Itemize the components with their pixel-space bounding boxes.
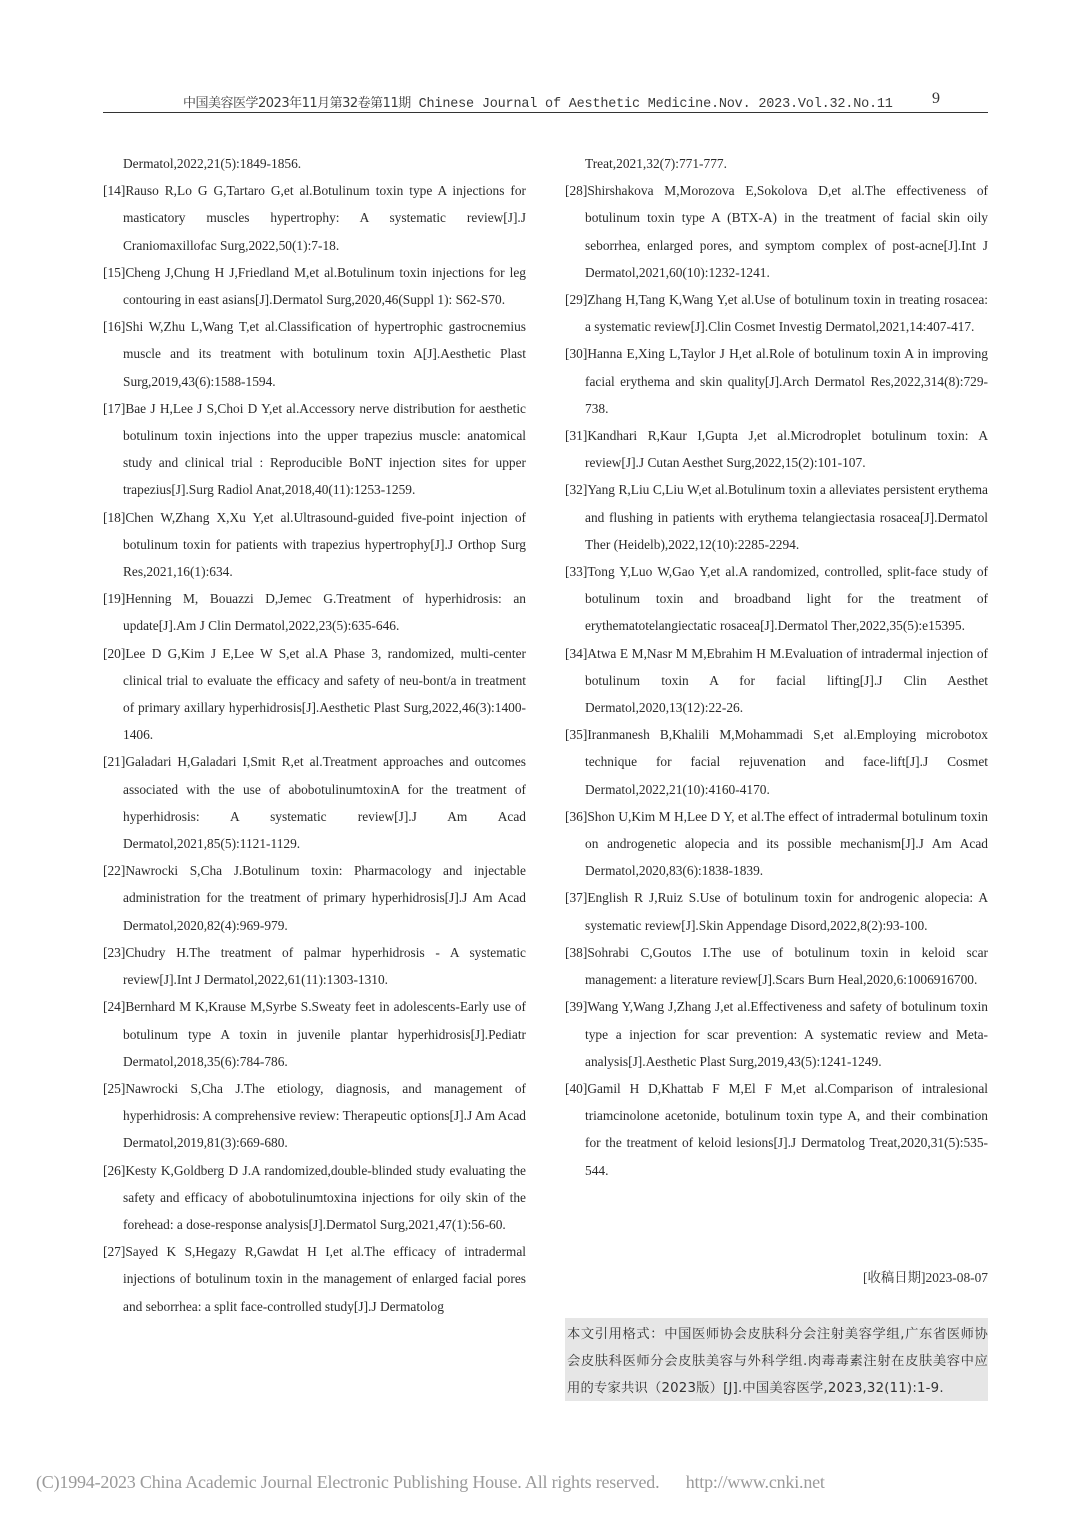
reference-item: [20]Lee D G,Kim J E,Lee W S,et al.A Phas… [103,640,526,749]
reference-item: [37]English R J,Ruiz S.Use of botulinum … [565,884,988,938]
received-date: [收稿日期]2023-08-07 [565,1266,988,1290]
reference-number: [40] [565,1081,587,1096]
reference-item: [24]Bernhard M K,Krause M,Syrbe S.Sweaty… [103,993,526,1075]
reference-number: [30] [565,346,587,361]
reference-text: Galadari H,Galadari I,Smit R,et al.Treat… [123,754,526,851]
reference-number: [21] [103,754,125,769]
reference-text: Rauso R,Lo G G,Tartaro G,et al.Botulinum… [123,183,526,252]
page-number: 9 [932,90,940,108]
reference-item: [25]Nawrocki S,Cha J.The etiology, diagn… [103,1075,526,1157]
reference-item: [31]Kandhari R,Kaur I,Gupta J,et al.Micr… [565,422,988,476]
reference-number: [26] [103,1163,125,1178]
reference-text: Sohrabi C,Goutos I.The use of botulinum … [585,945,988,987]
reference-text: Gamil H D,Khattab F M,El F M,et al.Compa… [585,1081,988,1178]
reference-number: [29] [565,292,587,307]
reference-item: [38]Sohrabi C,Goutos I.The use of botuli… [565,939,988,993]
reference-item: [29]Zhang H,Tang K,Wang Y,et al.Use of b… [565,286,988,340]
citation-format-box: 本文引用格式：中国医师协会皮肤科分会注射美容学组,广东省医师协会皮肤科医师分会皮… [565,1318,988,1401]
reference-number: [39] [565,999,587,1014]
reference-text: Yang R,Liu C,Liu W,et al.Botulinum toxin… [585,482,988,551]
reference-text: Cheng J,Chung H J,Friedland M,et al.Botu… [123,265,526,307]
reference-text: English R J,Ruiz S.Use of botulinum toxi… [585,890,988,932]
copyright-text: (C)1994-2023 China Academic Journal Elec… [36,1472,659,1492]
reference-column-right: Treat,2021,32(7):771-777. [28]Shirshakov… [565,150,988,1184]
reference-item: [16]Shi W,Zhu L,Wang T,et al.Classificat… [103,313,526,395]
reference-list-right: [28]Shirshakova M,Morozova E,Sokolova D,… [565,177,988,1184]
reference-text: Shon U,Kim M H,Lee D Y, et al.The effect… [585,809,988,878]
reference-number: [35] [565,727,587,742]
reference-item: [28]Shirshakova M,Morozova E,Sokolova D,… [565,177,988,286]
reference-continuation: Dermatol,2022,21(5):1849-1856. [103,150,526,177]
reference-item: [15]Cheng J,Chung H J,Friedland M,et al.… [103,259,526,313]
reference-text: Chen W,Zhang X,Xu Y,et al.Ultrasound-gui… [123,510,526,579]
reference-item: [27]Sayed K S,Hegazy R,Gawdat H I,et al.… [103,1238,526,1320]
reference-number: [25] [103,1081,125,1096]
reference-number: [34] [565,646,587,661]
reference-item: [21]Galadari H,Galadari I,Smit R,et al.T… [103,748,526,857]
reference-number: [19] [103,591,125,606]
cnki-link[interactable]: http://www.cnki.net [686,1472,825,1492]
reference-item: [40]Gamil H D,Khattab F M,El F M,et al.C… [565,1075,988,1184]
reference-number: [27] [103,1244,125,1259]
reference-item: [39]Wang Y,Wang J,Zhang J,et al.Effectiv… [565,993,988,1075]
reference-number: [37] [565,890,587,905]
reference-number: [33] [565,564,587,579]
reference-text: Hanna E,Xing L,Taylor J H,et al.Role of … [585,346,988,415]
reference-number: [18] [103,510,125,525]
journal-title-en: Chinese Journal of Aesthetic Medicine.No… [419,97,893,112]
reference-text: Wang Y,Wang J,Zhang J,et al.Effectivenes… [585,999,988,1068]
reference-text: Henning M, Bouazzi D,Jemec G.Treatment o… [123,591,526,633]
reference-text: Nawrocki S,Cha J.The etiology, diagnosis… [123,1081,526,1150]
reference-text: Atwa E M,Nasr M M,Ebrahim H M.Evaluation… [585,646,988,715]
reference-item: [26]Kesty K,Goldberg D J.A randomized,do… [103,1157,526,1239]
reference-number: [16] [103,319,125,334]
reference-number: [32] [565,482,587,497]
copyright-footer: (C)1994-2023 China Academic Journal Elec… [36,1472,825,1493]
reference-item: [35]Iranmanesh B,Khalili M,Mohammadi S,e… [565,721,988,803]
reference-item: [23]Chudry H.The treatment of palmar hyp… [103,939,526,993]
reference-text: Lee D G,Kim J E,Lee W S,et al.A Phase 3,… [123,646,526,743]
reference-text: Chudry H.The treatment of palmar hyperhi… [123,945,526,987]
reference-item: [36]Shon U,Kim M H,Lee D Y, et al.The ef… [565,803,988,885]
reference-item: [34]Atwa E M,Nasr M M,Ebrahim H M.Evalua… [565,640,988,722]
reference-item: [14]Rauso R,Lo G G,Tartaro G,et al.Botul… [103,177,526,259]
reference-text: Bernhard M K,Krause M,Syrbe S.Sweaty fee… [123,999,526,1068]
reference-item: [32]Yang R,Liu C,Liu W,et al.Botulinum t… [565,476,988,558]
reference-text: Shi W,Zhu L,Wang T,et al.Classification … [123,319,526,388]
reference-item: [22]Nawrocki S,Cha J.Botulinum toxin: Ph… [103,857,526,939]
reference-number: [15] [103,265,125,280]
reference-text: Zhang H,Tang K,Wang Y,et al.Use of botul… [585,292,988,334]
reference-number: [22] [103,863,125,878]
reference-number: [28] [565,183,587,198]
reference-number: [24] [103,999,125,1014]
reference-continuation: Treat,2021,32(7):771-777. [565,150,988,177]
reference-item: [17]Bae J H,Lee J S,Choi D Y,et al.Acces… [103,395,526,504]
reference-text: Nawrocki S,Cha J.Botulinum toxin: Pharma… [123,863,526,932]
reference-text: Iranmanesh B,Khalili M,Mohammadi S,et al… [585,727,988,796]
reference-item: [30]Hanna E,Xing L,Taylor J H,et al.Role… [565,340,988,422]
reference-number: [31] [565,428,587,443]
reference-text: Bae J H,Lee J S,Choi D Y,et al.Accessory… [123,401,526,498]
running-header: 中国美容医学2023年11月第32卷第11期 Chinese Journal o… [103,88,988,113]
reference-list-left: [14]Rauso R,Lo G G,Tartaro G,et al.Botul… [103,177,526,1320]
reference-item: [19]Henning M, Bouazzi D,Jemec G.Treatme… [103,585,526,639]
reference-item: [18]Chen W,Zhang X,Xu Y,et al.Ultrasound… [103,504,526,586]
reference-number: [38] [565,945,587,960]
reference-number: [14] [103,183,125,198]
reference-text: Sayed K S,Hegazy R,Gawdat H I,et al.The … [123,1244,526,1313]
reference-text: Kesty K,Goldberg D J.A randomized,double… [123,1163,526,1232]
reference-column-left: Dermatol,2022,21(5):1849-1856. [14]Rauso… [103,150,526,1320]
reference-item: [33]Tong Y,Luo W,Gao Y,et al.A randomize… [565,558,988,640]
reference-number: [23] [103,945,125,960]
reference-text: Tong Y,Luo W,Gao Y,et al.A randomized, c… [585,564,988,633]
reference-number: [36] [565,809,587,824]
reference-number: [17] [103,401,125,416]
journal-title-cn: 中国美容医学2023年11月第32卷第11期 [183,96,411,111]
reference-text: Shirshakova M,Morozova E,Sokolova D,et a… [585,183,988,280]
journal-header: 中国美容医学2023年11月第32卷第11期 Chinese Journal o… [183,92,893,112]
reference-text: Kandhari R,Kaur I,Gupta J,et al.Microdro… [585,428,988,470]
reference-number: [20] [103,646,125,661]
